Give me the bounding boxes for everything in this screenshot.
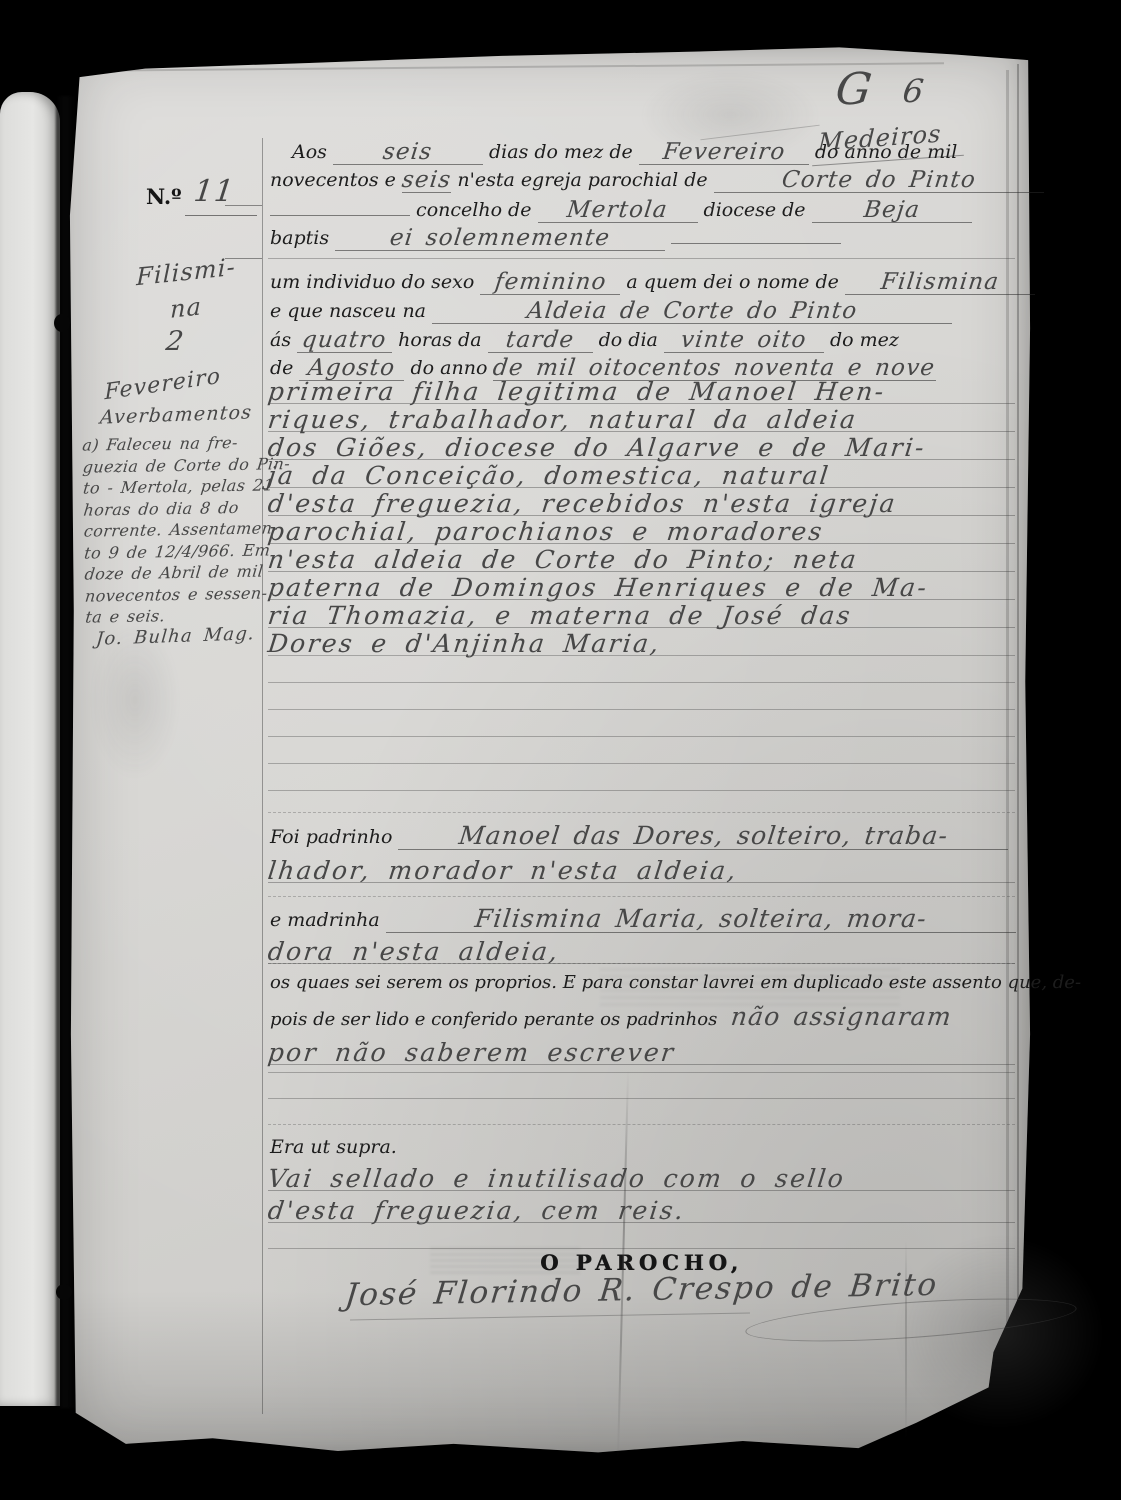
header-line-4: baptis ei solemnemente (270, 224, 841, 251)
margin-death-note: a) Faleceu na fre- guezia de Corte do Pi… (82, 432, 275, 629)
ruled-line (268, 682, 1015, 683)
header-line-3: concelho de Mertola diocese de Beja (270, 196, 972, 223)
handwritten-line: dora n'esta aldeia, (268, 933, 1015, 964)
folio-paraph: G (836, 64, 872, 115)
closing-printed-2: pois de ser lido e conferido perante os … (270, 1002, 952, 1031)
folio-page-number: 6 (903, 72, 925, 110)
handwritten-line: d'esta freguezia, cem reis. (268, 1192, 1015, 1223)
handwritten-line: dos Giões, diocese do Algarve e de Mari- (268, 429, 1015, 460)
municipality-blank: Mertola (538, 196, 698, 223)
previous-page-edge (0, 92, 60, 1406)
body-line-hour: ás quatro horas da tarde do dia vinte oi… (270, 326, 899, 353)
margin-day: 2 (166, 326, 184, 357)
era-ut-supra: Era ut supra. (270, 1136, 397, 1158)
day-blank: seis (333, 138, 483, 165)
handwritten-line: riques, trabalhador, natural da aldeia (268, 401, 1015, 432)
godfather-blank: Manoel das Dores, solteiro, traba- (398, 820, 1008, 850)
section-divider (268, 812, 1015, 813)
body-line-sex: um individuo do sexo feminino a quem dei… (270, 268, 1035, 295)
ruled-line (268, 709, 1015, 710)
header-line-2: novecentos e seis n'esta egreja parochia… (270, 166, 1044, 193)
birthplace-blank: Aldeia de Corte do Pinto (432, 297, 952, 324)
baptism-verb-blank: ei solemnemente (335, 224, 665, 251)
empty-blank (270, 215, 410, 216)
body-line-birthplace: e que nasceu na Aldeia de Corte do Pinto (270, 297, 952, 324)
handwritten-line: parochial, parochianos e moradores (268, 513, 1015, 544)
section-divider (268, 896, 1015, 897)
folio-paraph-glyph: G (833, 64, 876, 115)
ruled-line (268, 763, 1015, 764)
ruled-line (268, 258, 1015, 259)
handwritten-line: lhador, morador n'esta aldeia, (268, 852, 1015, 883)
section-divider (268, 1124, 1015, 1125)
binding-hole (54, 314, 70, 332)
ruled-line (268, 1098, 1015, 1099)
parish-blank: Corte do Pinto (714, 166, 1044, 193)
handwritten-line: ja da Conceição, domestica, natural (268, 457, 1015, 488)
ruled-line (268, 1072, 1015, 1073)
godfather-line: Foi padrinho Manoel das Dores, solteiro,… (270, 820, 1008, 850)
birth-day-blank: vinte oito (664, 326, 824, 353)
name-blank: Filismina (845, 268, 1035, 295)
handwritten-line: n'esta aldeia de Corte do Pinto; neta (268, 541, 1015, 572)
diocese-blank: Beja (812, 196, 972, 223)
margin-divider-rule (262, 138, 263, 1414)
handwritten-line: Dores e d'Anjinha Maria, (268, 625, 1015, 655)
record-number-underline (185, 215, 257, 216)
sex-blank: feminino (480, 268, 620, 295)
month-blank: Fevereiro (639, 138, 809, 165)
record-number-label: N.º (146, 184, 182, 209)
handwritten-line: ria Thomazia, e materna de José das (268, 597, 1015, 628)
header-line-1: Aos seis dias do mez de Fevereiro do ann… (292, 138, 957, 165)
godmother-blank: Filismina Maria, solteira, mora- (386, 903, 1016, 933)
binding-hole (56, 1284, 72, 1300)
handwritten-line: Vai sellado e inutilisado com o sello (268, 1160, 1015, 1191)
hour-blank: quatro (297, 326, 392, 353)
handwritten-line: por não saberem escrever (268, 1034, 1015, 1065)
closing-printed-1: os quaes sei serem os proprios. E para c… (270, 972, 1081, 993)
record-number: 11 (194, 174, 235, 209)
period-blank: tarde (488, 326, 593, 353)
margin-name-line: na (169, 292, 204, 323)
handwritten-line: paterna de Domingos Henriques e de Ma- (268, 569, 1015, 600)
handwritten-line: d'esta freguezia, recebidos n'esta igrej… (268, 485, 1015, 516)
godmother-line: e madrinha Filismina Maria, solteira, mo… (270, 903, 1016, 933)
ruled-line (268, 1248, 1015, 1249)
empty-blank (671, 243, 841, 244)
ruled-line (268, 736, 1015, 737)
year-blank: seis (402, 166, 451, 193)
paper-crease (905, 1240, 907, 1440)
scanned-register-photo: { "palette":{"background":"#000000","pap… (0, 0, 1121, 1500)
ruled-line (268, 790, 1015, 791)
handwritten-line: primeira filha legitima de Manoel Hen- (268, 373, 1015, 404)
